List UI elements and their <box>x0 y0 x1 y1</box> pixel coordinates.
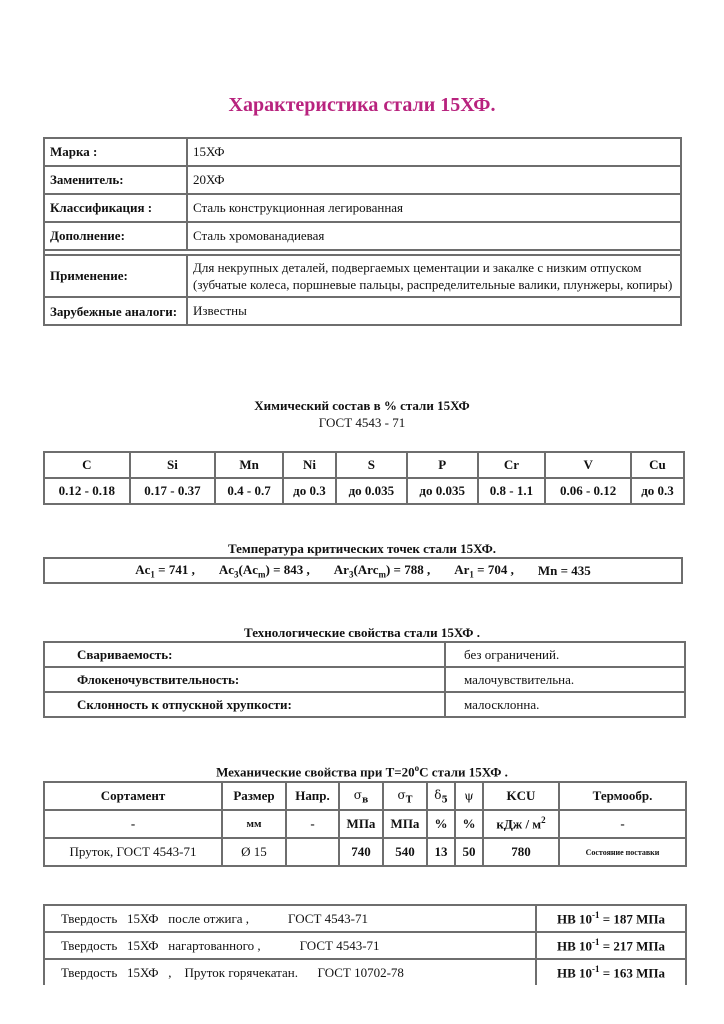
unit-direction: - <box>286 810 339 838</box>
unit-sortament: - <box>44 810 222 838</box>
hardness-desc: Твердость 15ХФ после отжига , ГОСТ 4543-… <box>44 905 536 932</box>
chemical-header-v: V <box>545 452 631 478</box>
critical-title: Температура критических точек стали 15ХФ… <box>0 541 724 557</box>
chemical-standard: ГОСТ 4543 - 71 <box>0 415 724 431</box>
chemical-values-row: 0.12 - 0.180.17 - 0.370.4 - 0.7до 0.3до … <box>44 478 684 504</box>
table-row: Свариваемость: без ограничений. <box>44 642 685 667</box>
chemical-header-cr: Cr <box>478 452 546 478</box>
critical-points-box: Ac1 = 741 , Ac3(Acm) = 843 , Ar3(Arcm) =… <box>43 557 683 584</box>
unit-sigma-t: МПа <box>383 810 427 838</box>
chemical-header-s: S <box>336 452 407 478</box>
chemical-value-s: до 0.035 <box>336 478 407 504</box>
chemical-header-cu: Cu <box>631 452 684 478</box>
table-row: Твердость 15ХФ нагартованного , ГОСТ 454… <box>44 932 686 959</box>
label-foreign-analogs: Зарубежные аналоги: <box>44 297 187 325</box>
mechanical-values-row: Пруток, ГОСТ 4543-71 Ø 15 740 540 13 50 … <box>44 838 686 866</box>
value-sortament: Пруток, ГОСТ 4543-71 <box>44 838 222 866</box>
chemical-value-ni: до 0.3 <box>283 478 336 504</box>
chemical-table: CSiMnNiSPCrVCu 0.12 - 0.180.17 - 0.370.4… <box>43 451 685 505</box>
chemical-header-p: P <box>407 452 478 478</box>
chemical-header-ni: Ni <box>283 452 336 478</box>
header-sigma-t: σT <box>383 782 427 810</box>
value-psi: 50 <box>455 838 483 866</box>
value-foreign-analogs: Известны <box>187 297 681 325</box>
critical-ac3: Ac3(Acm) = 843 , <box>219 562 310 580</box>
label-grade: Марка : <box>44 138 187 166</box>
chemical-value-si: 0.17 - 0.37 <box>130 478 216 504</box>
unit-sigma-b: МПа <box>339 810 383 838</box>
hardness-value: HB 10-1 = 217 МПа <box>536 932 686 959</box>
value-direction <box>286 838 339 866</box>
chemical-title: Химический состав в % стали 15ХФ <box>0 398 724 414</box>
unit-heat-treatment: - <box>559 810 686 838</box>
unit-psi: % <box>455 810 483 838</box>
label-flake-sensitivity: Флокеночувствительность: <box>44 667 445 692</box>
header-sortament: Сортамент <box>44 782 222 810</box>
header-delta: δ5 <box>427 782 455 810</box>
header-sigma-b: σв <box>339 782 383 810</box>
unit-size: мм <box>222 810 286 838</box>
chemical-value-c: 0.12 - 0.18 <box>44 478 130 504</box>
table-row: Марка : 15ХФ <box>44 138 681 166</box>
hardness-value: HB 10-1 = 187 МПа <box>536 905 686 932</box>
value-substitute: 20ХФ <box>187 166 681 194</box>
hardness-table: Твердость 15ХФ после отжига , ГОСТ 4543-… <box>43 904 687 985</box>
critical-ar1: Ar1 = 704 , <box>454 562 514 580</box>
chemical-value-v: 0.06 - 0.12 <box>545 478 631 504</box>
header-heat-treatment: Термообр. <box>559 782 686 810</box>
technological-table: Свариваемость: без ограничений. Флокеноч… <box>43 641 686 718</box>
chemical-value-cu: до 0.3 <box>631 478 684 504</box>
label-addition: Дополнение: <box>44 222 187 250</box>
mechanical-units-row: - мм - МПа МПа % % кДж / м2 - <box>44 810 686 838</box>
value-application: Для некрупных деталей, подвергаемых цеме… <box>187 255 681 297</box>
chemical-header-mn: Mn <box>215 452 283 478</box>
chemical-header-si: Si <box>130 452 216 478</box>
value-temper-brittleness: малосклонна. <box>445 692 685 717</box>
critical-ar3: Ar3(Arcm) = 788 , <box>334 562 430 580</box>
hardness-desc: Твердость 15ХФ , Пруток горячекатан. ГОС… <box>44 959 536 985</box>
table-row: Зарубежные аналоги: Известны <box>44 297 681 325</box>
page-title: Характеристика стали 15ХФ. <box>0 94 724 117</box>
table-row: Заменитель: 20ХФ <box>44 166 681 194</box>
label-temper-brittleness: Склонность к отпускной хрупкости: <box>44 692 445 717</box>
mechanical-header-row: Сортамент Размер Напр. σв σT δ5 ψ KCU Те… <box>44 782 686 810</box>
technological-title: Технологические свойства стали 15ХФ . <box>0 625 724 641</box>
value-classification: Сталь конструкционная легированная <box>187 194 681 222</box>
critical-mn: Mn = 435 <box>538 563 591 579</box>
header-direction: Напр. <box>286 782 339 810</box>
table-row: Классификация : Сталь конструкционная ле… <box>44 194 681 222</box>
table-row: Твердость 15ХФ , Пруток горячекатан. ГОС… <box>44 959 686 985</box>
value-kcu: 780 <box>483 838 559 866</box>
label-classification: Классификация : <box>44 194 187 222</box>
value-weldability: без ограничений. <box>445 642 685 667</box>
hardness-desc: Твердость 15ХФ нагартованного , ГОСТ 454… <box>44 932 536 959</box>
critical-ac1: Ac1 = 741 , <box>135 562 195 580</box>
table-row: Твердость 15ХФ после отжига , ГОСТ 4543-… <box>44 905 686 932</box>
label-application: Применение: <box>44 255 187 297</box>
header-psi: ψ <box>455 782 483 810</box>
chemical-value-p: до 0.035 <box>407 478 478 504</box>
table-row: Флокеночувствительность: малочувствитель… <box>44 667 685 692</box>
chemical-header-row: CSiMnNiSPCrVCu <box>44 452 684 478</box>
unit-kcu: кДж / м2 <box>483 810 559 838</box>
hardness-value: HB 10-1 = 163 МПа <box>536 959 686 985</box>
chemical-value-mn: 0.4 - 0.7 <box>215 478 283 504</box>
mechanical-table: Сортамент Размер Напр. σв σT δ5 ψ KCU Те… <box>43 781 687 867</box>
header-kcu: KCU <box>483 782 559 810</box>
chemical-value-cr: 0.8 - 1.1 <box>478 478 546 504</box>
value-sigma-t: 540 <box>383 838 427 866</box>
value-grade: 15ХФ <box>187 138 681 166</box>
value-size: Ø 15 <box>222 838 286 866</box>
header-size: Размер <box>222 782 286 810</box>
table-row: Склонность к отпускной хрупкости: малоск… <box>44 692 685 717</box>
value-delta: 13 <box>427 838 455 866</box>
label-weldability: Свариваемость: <box>44 642 445 667</box>
value-addition: Сталь хромованадиевая <box>187 222 681 250</box>
mechanical-title: Механические свойства при Т=20oС стали 1… <box>0 763 724 780</box>
table-row: Применение: Для некрупных деталей, подве… <box>44 255 681 297</box>
label-substitute: Заменитель: <box>44 166 187 194</box>
value-sigma-b: 740 <box>339 838 383 866</box>
unit-delta: % <box>427 810 455 838</box>
value-flake-sensitivity: малочувствительна. <box>445 667 685 692</box>
general-info-table: Марка : 15ХФ Заменитель: 20ХФ Классифика… <box>43 137 682 326</box>
table-row: Дополнение: Сталь хромованадиевая <box>44 222 681 250</box>
value-heat-treatment: Состояние поставки <box>559 838 686 866</box>
chemical-header-c: C <box>44 452 130 478</box>
